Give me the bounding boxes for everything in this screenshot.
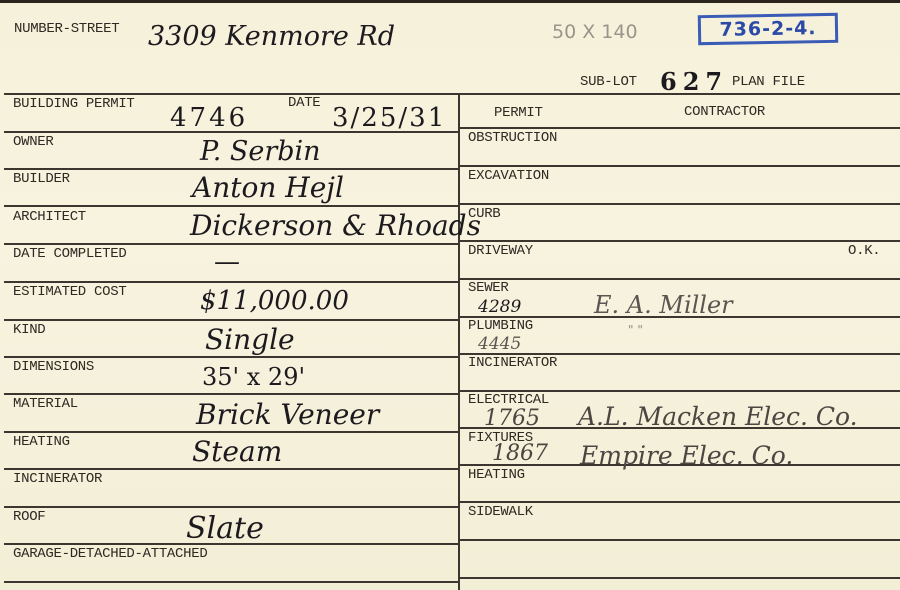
excavation-label: EXCAVATION (468, 168, 549, 184)
estimated-cost-label: ESTIMATED COST (13, 284, 126, 300)
building-permit-label: BUILDING PERMIT (13, 96, 135, 112)
plan-file-label: PLAN FILE (732, 74, 805, 90)
owner-value: P. Serbin (200, 136, 321, 167)
curb-label: CURB (468, 206, 500, 222)
plumbing-label: PLUMBING (468, 318, 533, 334)
divider (4, 506, 458, 508)
sub-lot-value: 627 (660, 67, 728, 96)
column-divider (458, 93, 460, 590)
date-value: 3/25/31 (332, 103, 446, 133)
divider (4, 319, 458, 321)
roof-value: Slate (186, 511, 264, 546)
divider (458, 577, 900, 579)
builder-value: Anton Hejl (192, 171, 344, 204)
divider (4, 205, 458, 207)
electrical-permit: 1765 (484, 406, 540, 431)
sewer-label: SEWER (468, 280, 509, 296)
divider (4, 168, 458, 170)
owner-label: OWNER (13, 134, 54, 150)
builder-label: BUILDER (13, 171, 70, 187)
contractor-column-header: CONTRACTOR (684, 104, 765, 120)
divider (458, 501, 900, 503)
permit-column-header: PERMIT (494, 105, 543, 121)
dimensions-value: 35' x 29' (202, 363, 305, 391)
material-label: MATERIAL (13, 396, 78, 412)
divider (4, 356, 458, 358)
kind-label: KIND (13, 322, 45, 338)
fixtures-contractor: Empire Elec. Co. (580, 441, 793, 470)
divider (458, 539, 900, 541)
incinerator-permit-label: INCINERATOR (468, 355, 557, 371)
divider (4, 243, 458, 245)
divider (4, 281, 458, 283)
garage-label: GARAGE-DETACHED-ATTACHED (13, 546, 207, 562)
date-label: DATE (288, 95, 320, 111)
divider (458, 240, 900, 242)
obstruction-label: OBSTRUCTION (468, 130, 557, 146)
sewer-permit: 4289 (478, 297, 521, 317)
sewer-contractor: E. A. Miller (594, 291, 733, 319)
kind-value: Single (205, 323, 295, 356)
file-number-stamp: 736-2-4. (698, 13, 839, 45)
divider (458, 127, 900, 129)
sidewalk-label: SIDEWALK (468, 504, 533, 520)
architect-value: Dickerson & Rhoads (190, 209, 481, 242)
heating-value: Steam (192, 435, 282, 468)
building-permit-card: NUMBER-STREET 3309 Kenmore Rd 50 X 140 7… (0, 0, 900, 590)
incinerator-label: INCINERATOR (13, 471, 102, 487)
plumbing-permit: 4445 (478, 334, 521, 354)
fixtures-permit: 1867 (492, 441, 548, 466)
driveway-contractor: O.K. (848, 243, 880, 259)
electrical-contractor: A.L. Macken Elec. Co. (578, 402, 858, 431)
number-street-value: 3309 Kenmore Rd (148, 21, 395, 52)
driveway-label: DRIVEWAY (468, 243, 533, 259)
date-completed-value: — (214, 247, 240, 277)
number-street-label: NUMBER-STREET (14, 21, 119, 37)
estimated-cost-value: $11,000.00 (200, 286, 349, 316)
divider (4, 431, 458, 433)
divider (458, 165, 900, 167)
divider (4, 468, 458, 470)
divider (4, 581, 458, 583)
heating-label: HEATING (13, 434, 70, 450)
dimensions-label: DIMENSIONS (13, 359, 94, 375)
lot-size-note: 50 X 140 (552, 21, 638, 43)
date-completed-label: DATE COMPLETED (13, 246, 126, 262)
heating-permit-label: HEATING (468, 467, 525, 483)
divider (4, 393, 458, 395)
material-value: Brick Veneer (196, 398, 379, 431)
divider (458, 203, 900, 205)
architect-label: ARCHITECT (13, 209, 86, 225)
sub-lot-label: SUB-LOT (580, 74, 637, 90)
plumbing-contractor: " " (628, 323, 643, 337)
divider (4, 93, 900, 95)
divider (458, 278, 900, 280)
building-permit-value: 4746 (170, 103, 248, 133)
roof-label: ROOF (13, 509, 45, 525)
